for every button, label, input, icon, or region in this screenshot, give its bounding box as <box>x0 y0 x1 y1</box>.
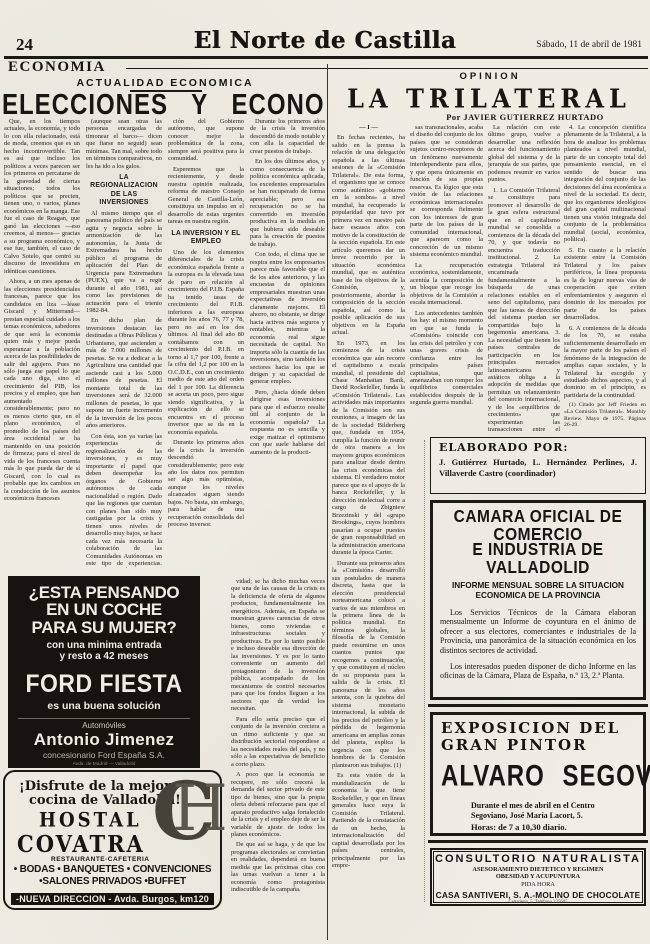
body-paragraph: Esperemos que la recientemente, y desde … <box>168 166 244 226</box>
body-paragraph: Durante los primeros años de la crisis l… <box>168 439 244 529</box>
covatra-name-line1: HOSTAL <box>39 809 220 832</box>
body-paragraph: 5. En cuanto a la relación existente ent… <box>564 247 646 322</box>
body-paragraph: Pero, ¿hacia dónde deben dirigirse esas … <box>250 389 325 456</box>
body-paragraph: Con ésta, son ya varias las experiencias… <box>86 433 162 568</box>
body-paragraph: ción del Gobierno autónomo, que supone c… <box>168 118 244 163</box>
column-rule <box>424 440 425 902</box>
opinion-kicker: OPINION <box>332 71 648 82</box>
body-paragraph: Durante los primeros años de la crisis l… <box>250 118 325 155</box>
trilateral-column-2: sas transnacionales, acaba el diseño del… <box>410 124 483 432</box>
ford-ad-question-line2: EN UN COCHE <box>8 601 200 618</box>
left-article-column-2: (aunque sean otras las personas encargad… <box>86 118 162 568</box>
ford-ad-terms-line1: con una minima entrada <box>8 640 200 652</box>
consultorio-line4: CASA SANTIVERI, S. A.-MOLINO DE CHOCOLAT… <box>432 890 644 900</box>
exposicion-title-line2: GRAN PINTOR <box>441 737 635 754</box>
body-paragraph: Uno de los elementos diferenciales de la… <box>168 249 244 436</box>
left-article-column-1: Que, en los tiempos actuales, la economí… <box>4 118 80 568</box>
ford-ad-terms-line2: y resto a 42 meses <box>8 651 200 663</box>
ford-fiesta-brand: FORD FIESTA <box>8 669 200 699</box>
body-paragraph: A poco que la economía se recupere, no s… <box>231 771 325 838</box>
elaborado-authors: J. Gutiérrez Hurtado, L. Hernández Perli… <box>439 457 637 478</box>
covatra-services-line2: •SALONES PRIVADOS •BUFFET <box>5 876 220 887</box>
left-article-column-3: ción del Gobierno autónomo, que supone c… <box>168 118 244 568</box>
camara-subtitle-line1: INFORME MENSUAL SOBRE LA SITUACION <box>440 581 636 591</box>
ford-ad-slogan: es una buena solución <box>8 700 200 712</box>
column-subhead: LA INVERSION Y EL EMPLEO <box>170 230 242 246</box>
hostal-covatra-ad: C H ¡Disfrute de la mejor cocina de Vall… <box>3 770 222 910</box>
consultorio-title: CONSULTORIO NATURALISTA <box>432 853 644 865</box>
covatra-new-address-bar: -NUEVA DIRECCION - Avda. Burgos, km120 <box>11 893 214 905</box>
body-paragraph: Los antecedentes también los hay: el mis… <box>410 310 483 407</box>
body-paragraph: En dicho plan de inversiones destacan la… <box>86 317 162 429</box>
camara-paragraph-1: Los Servicios Técnicos de la Cámara elab… <box>440 608 636 656</box>
dealer-name: Antonio Jimenez <box>8 730 200 750</box>
body-paragraph: Ahora, a un mes apenas de las elecciones… <box>4 278 80 503</box>
exposicion-hours: Horas: de 7 a 10,30 diario. <box>471 822 635 832</box>
body-paragraph: 6. A comienzos de la década de los 70, s… <box>564 325 646 400</box>
section-title: ECONOMIA <box>8 59 106 76</box>
consultorio-line2: OBESIDAD Y ACUPUNTURA <box>432 873 644 880</box>
body-paragraph: Con todo, el clima que se respira entre … <box>250 251 325 386</box>
trilateral-column-4: 4. La concepción científica plenamente d… <box>564 124 646 432</box>
newspaper-page: 24 El Norte de Castilla Sábado, 11 de ab… <box>0 0 650 944</box>
trilateral-headline: LA TRILATERAL <box>330 82 648 114</box>
body-paragraph: sas transnacionales, acaba el diseño del… <box>410 124 483 259</box>
box-separator-rule-2 <box>428 840 648 843</box>
trilateral-byline: Por JAVIER GUTIERREZ HURTADO <box>408 112 642 122</box>
section-rule <box>126 68 648 69</box>
body-paragraph: Que, en los tiempos actuales, la economí… <box>4 118 80 275</box>
elaborado-title: ELABORADO POR: <box>439 441 637 454</box>
ford-ad-question-line1: ¿ESTA PENSANDO <box>8 584 200 601</box>
consultorio-line5: Cebadería, 5. Teléfono 225605 <box>432 900 644 905</box>
dealer-label: Automóviles <box>8 721 200 730</box>
body-paragraph: Durante sus primeros años la «Comisión» … <box>332 560 405 770</box>
body-paragraph: En los dos últimos años, y como consecue… <box>250 158 325 248</box>
body-paragraph: 1. La Comisión Trilateral se constituye … <box>488 187 560 432</box>
body-paragraph: Es esta visión de la mundialización de l… <box>332 772 405 869</box>
body-paragraph: (aunque sean otras las personas encargad… <box>86 118 162 170</box>
body-paragraph: La relación con este último grupo, vuelv… <box>488 124 560 184</box>
ford-ad-divider <box>18 718 190 719</box>
exposicion-details-line2: Segoviano, José María Lacort, 5. <box>471 811 635 821</box>
camara-subtitle: INFORME MENSUAL SOBRE LA SITUACION ECONO… <box>440 581 636 602</box>
date-line: Sábado, 11 de abril de 1981 <box>536 40 642 50</box>
body-paragraph: De que así se haga, y de que los program… <box>231 841 325 893</box>
elaborado-box: ELABORADO POR: J. Gutiérrez Hurtado, L. … <box>430 437 646 494</box>
box-separator-rule-1 <box>428 704 648 707</box>
ford-fiesta-ad: ¿ESTA PENSANDO EN UN COCHE PARA SU MUJER… <box>8 576 200 768</box>
covatra-name-line2: COVATRA <box>17 830 220 858</box>
body-paragraph: Para ello sería preciso que el conjunto … <box>231 716 325 768</box>
exposicion-details-line1: Durante el mes de abril en el Centro <box>471 801 635 811</box>
camara-title-line2: E INDUSTRIA DE VALLADOLID <box>440 541 636 578</box>
exposicion-box: EXPOSICION DEL GRAN PINTOR ALVARO SEGOVI… <box>430 712 646 836</box>
dealer-subtitle: concesionario Ford España S.A. <box>8 750 200 760</box>
ford-ad-question-line3: PARA SU MUJER? <box>8 619 200 636</box>
body-paragraph: En fechas recientes, ha salido en la pre… <box>332 134 405 336</box>
painter-name: ALVARO SEGOVIA <box>441 759 635 794</box>
left-article-column-5: vidad; se ha dicho muchas veces que una … <box>231 578 325 936</box>
section-numeral: — I — <box>332 124 405 131</box>
footnote: (1) Citado por Jeff Frieden en «La Comis… <box>564 402 646 429</box>
body-paragraph: vidad; se ha dicho muchas veces que una … <box>231 578 325 713</box>
left-article-kicker: ACTUALIDAD ECONOMICA <box>4 77 326 89</box>
body-paragraph: Al mismo tiempo que el panorama político… <box>86 210 162 315</box>
camara-paragraph-2: Los interesados pueden disponer de dicho… <box>440 662 636 681</box>
camara-box: CAMARA OFICIAL DE COMERCIO E INDUSTRIA D… <box>430 500 646 700</box>
left-article-column-4: Durante los primeros años de la crisis l… <box>250 118 325 568</box>
article-divider <box>327 64 328 940</box>
column-subhead: LA REGIONALIZACION DE LAS INVERSIONES <box>88 174 160 206</box>
body-paragraph: 4. La concepción científica plenamente d… <box>564 124 646 244</box>
body-paragraph: La recuperación económica, sostenidament… <box>410 262 483 307</box>
trilateral-column-1: — I —En fechas recientes, ha salido en l… <box>332 124 405 936</box>
camara-subtitle-line2: ECONOMICA DE LA PROVINCIA <box>440 591 636 601</box>
exposicion-details: Durante el mes de abril en el Centro Seg… <box>471 801 635 822</box>
trilateral-column-3: La relación con este último grupo, vuelv… <box>488 124 560 432</box>
exposicion-title-line1: EXPOSICION DEL <box>441 720 635 737</box>
consultorio-line3: PIDA HORA <box>432 881 644 888</box>
consultorio-box: CONSULTORIO NATURALISTA ASESORAMIENTO DI… <box>430 848 646 906</box>
body-paragraph: En 1973, en los comienzos de la crisis e… <box>332 340 405 557</box>
consultorio-line1: ASESORAMIENTO DIETETICO Y REGIMEN <box>432 866 644 873</box>
